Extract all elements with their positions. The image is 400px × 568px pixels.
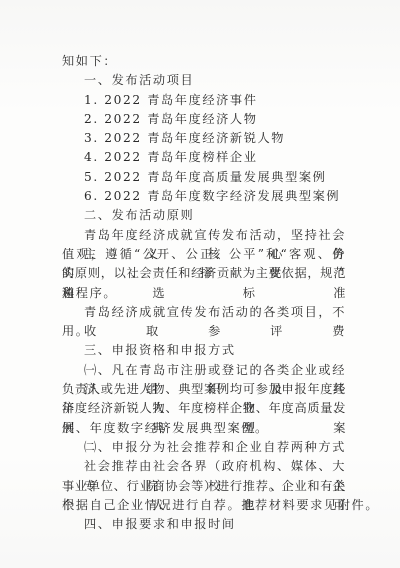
project-item-3: 3. 2022 青岛年度经济新锐人物 [62,129,346,148]
project-item-6: 6. 2022 青岛年度数字经济发展典型案例 [62,187,346,206]
project-item-4: 4. 2022 青岛年度榜样企业 [62,148,346,167]
document-body: 知如下： 一、发布活动项目 1. 2022 青岛年度经济事件 2. 2022 青… [62,52,346,534]
principle-para-line: 的原则，以社会责任和经济贡献为主要依据，规范遴选标准 [62,264,346,283]
principle-para-line: 青岛年度经济成就宣传发布活动，坚持社会主义核心价 [62,226,346,245]
section-1-heading: 一、发布活动项目 [62,71,346,90]
eligibility-para-line: 年度经济新锐人物、年度榜样企业、年度高质量发展典型案 [62,399,346,418]
project-item-2: 2. 2022 青岛年度经济人物 [62,110,346,129]
intro-line: 知如下： [62,52,346,71]
principle-para-line: 值观，遵循“公开、公正、公平”和“客观、务实、择优” [62,245,346,264]
section-2-heading: 二、发布活动原则 [62,206,346,225]
fee-para-line: 青岛经济成就宣传发布活动的各类项目，不收取参评费 [62,303,346,322]
project-item-1: 1. 2022 青岛年度经济事件 [62,91,346,110]
method-para-line: 事业单位、行业商协会等）进行推荐。企业和有关个人也可 [62,477,346,496]
project-item-5: 5. 2022 青岛年度高质量发展典型案例 [62,168,346,187]
method-para-line: 根据自己企业情况进行自荐。推荐材料要求见附件。 [62,496,346,515]
method-subheading: ㈡、申报分为社会推荐和企业自荐两种方式 [62,438,346,457]
eligibility-para-line: ㈠、凡在青岛市注册或登记的各类企业或经济组织及其 [62,361,346,380]
eligibility-para-line: 负责人或先进人物、典型案例均可参加申报年度经济人物、 [62,380,346,399]
document-page: 知如下： 一、发布活动项目 1. 2022 青岛年度经济事件 2. 2022 青… [0,0,400,568]
section-3-heading: 三、申报资格和申报方式 [62,341,346,360]
section-4-heading: 四、申报要求和申报时间 [62,515,346,534]
method-para-line: 社会推荐由社会各界（政府机构、媒体、大专院校、企 [62,457,346,476]
